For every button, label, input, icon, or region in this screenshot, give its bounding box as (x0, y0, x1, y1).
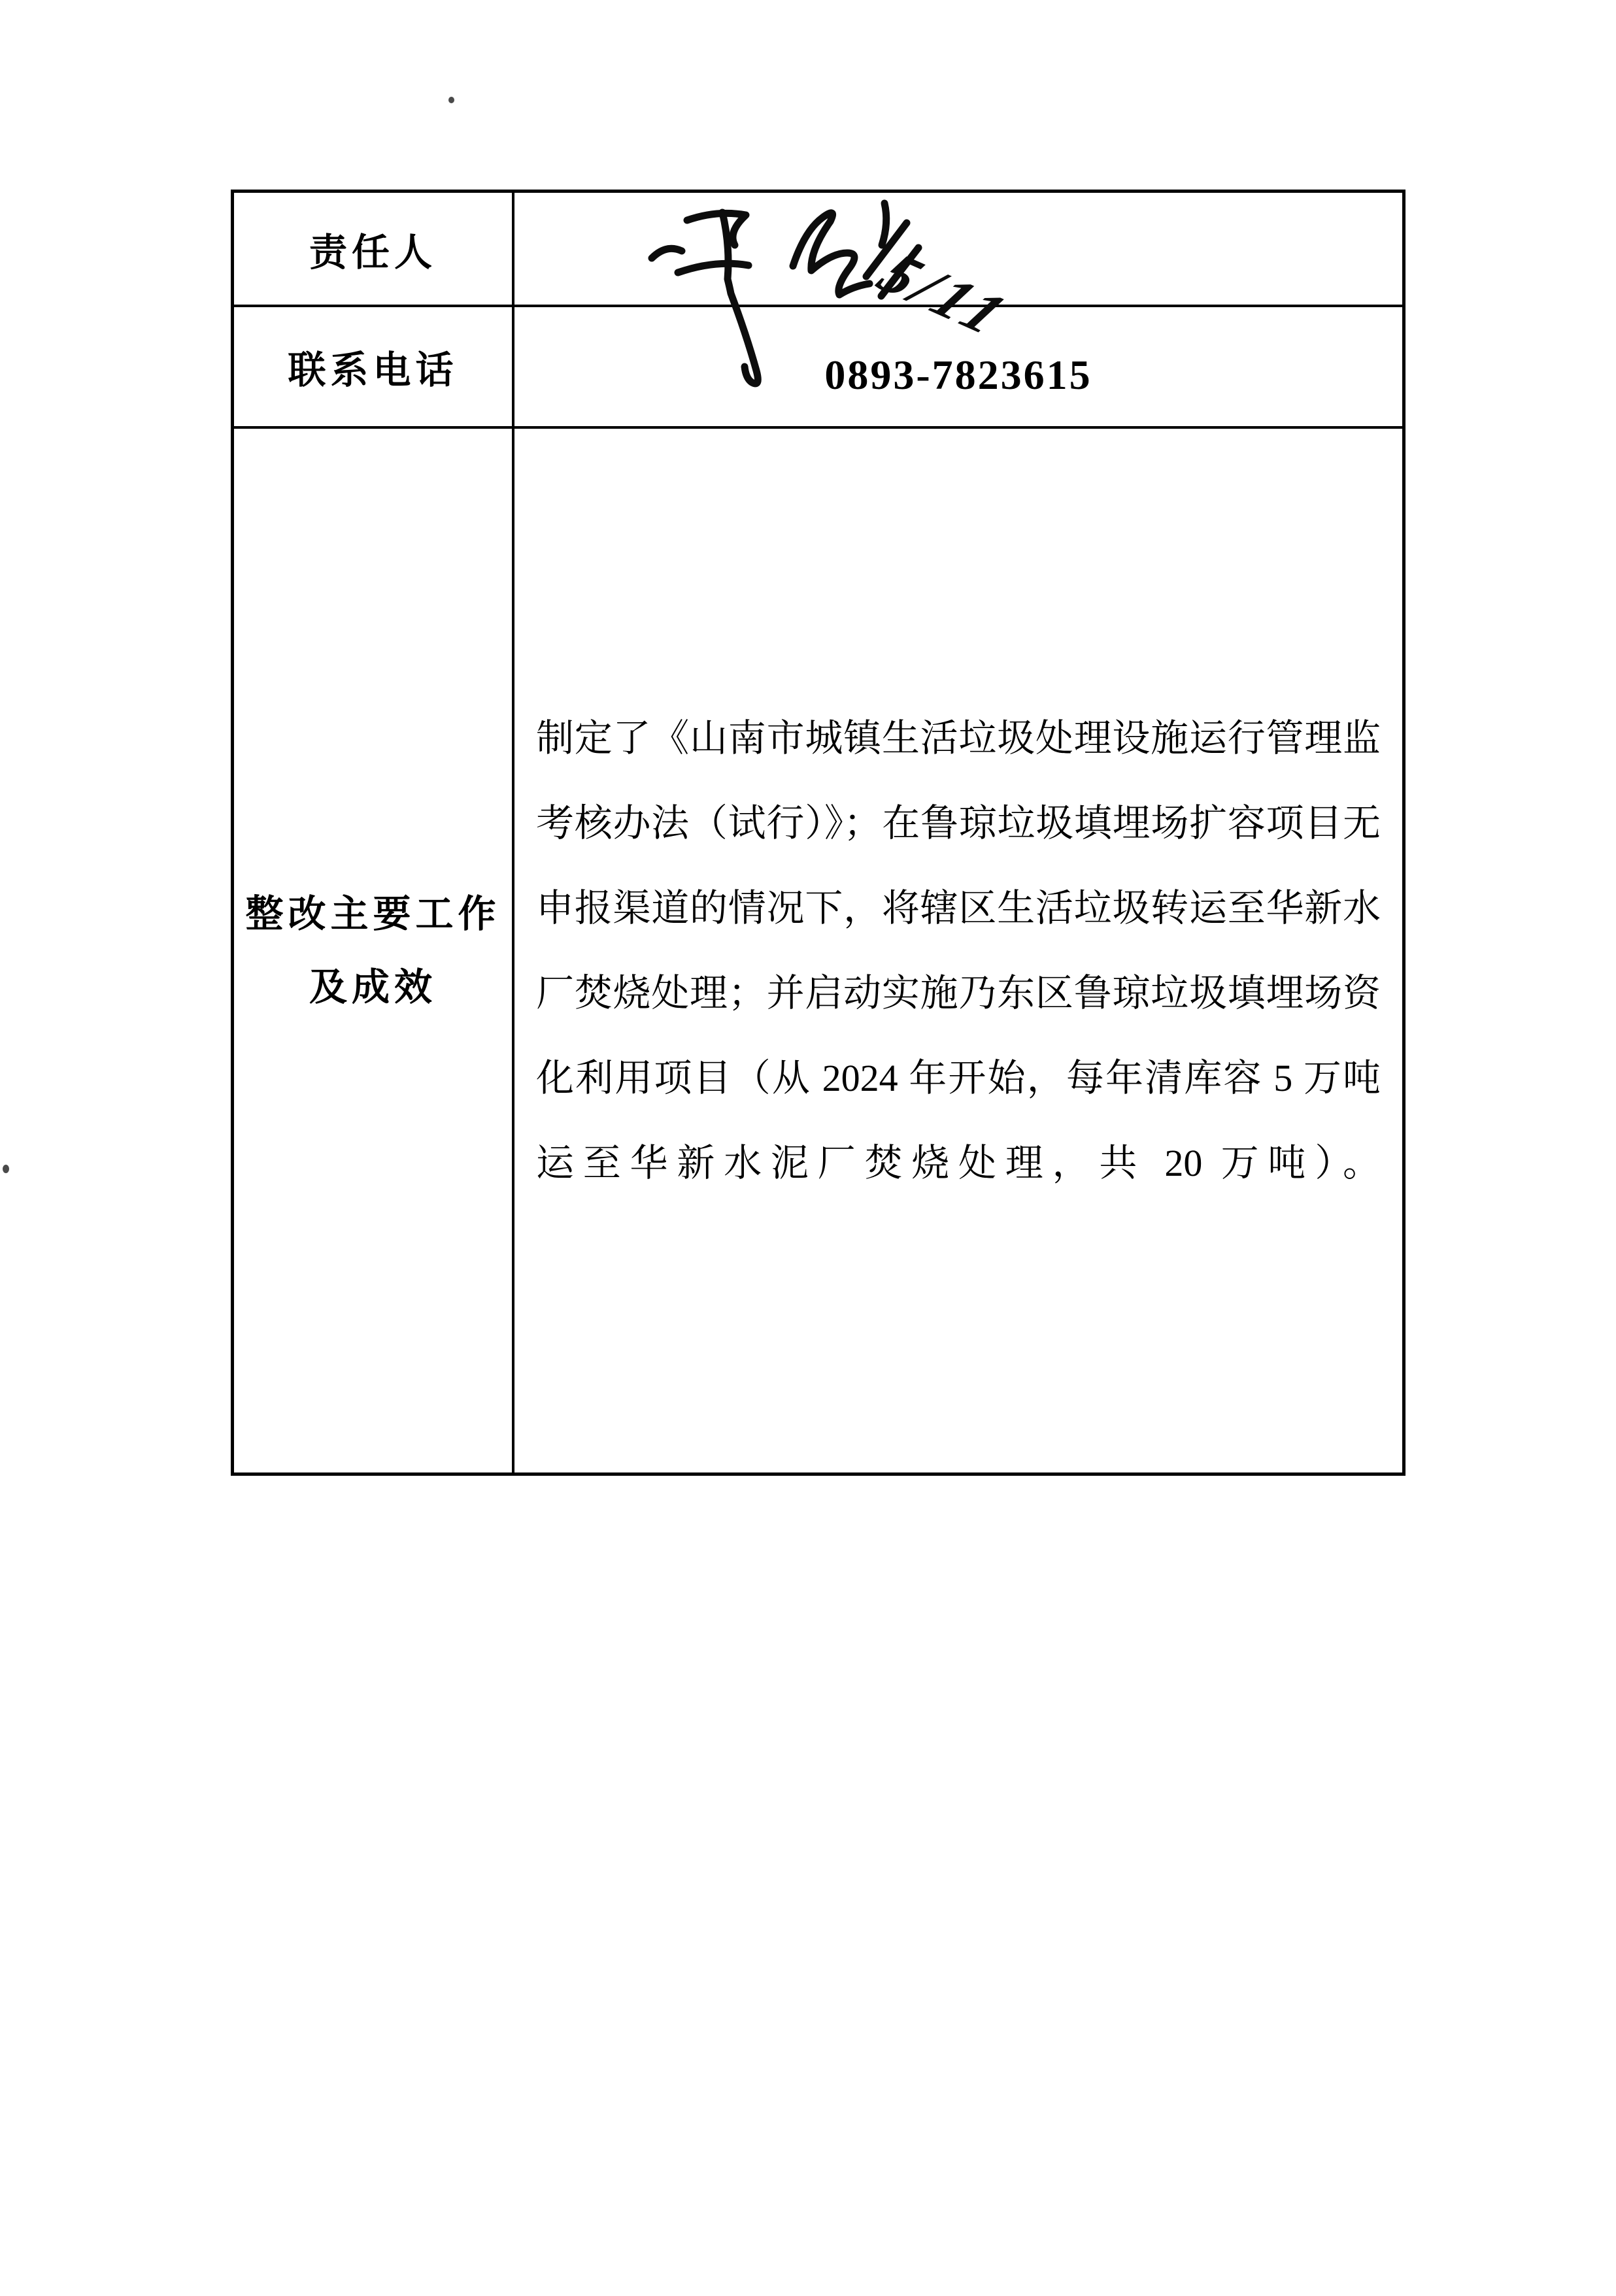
contact-phone-label: 联系电话 (288, 339, 458, 394)
rectification-work-label-line1: 整改主要工作 (245, 878, 500, 951)
scanned-document-page: 责任人 联系电话 0893-7823615 整改主要工作 及成效 制定了《山南市… (0, 0, 1616, 2296)
scan-speck (448, 97, 454, 103)
rectification-work-label-cell: 整改主要工作 及成效 (234, 429, 514, 1472)
content-line: 申报渠道的情况下，将辖区生活垃圾转运至华新水泥 (536, 866, 1381, 951)
content-line: 运至华新水泥厂焚烧处理，共 20 万吨）。 (536, 1121, 1381, 1206)
rectification-work-label-line2: 及成效 (245, 951, 500, 1024)
rectification-form-table: 责任人 联系电话 0893-7823615 整改主要工作 及成效 制定了《山南市… (231, 190, 1406, 1476)
responsible-person-label: 责任人 (309, 222, 437, 276)
content-line: 化利用项目（从 2024 年开始，每年清库容 5 万吨转 (536, 1036, 1381, 1121)
contact-phone-label-cell: 联系电话 (234, 307, 514, 429)
content-line: 考核办法（试行）》；在鲁琼垃圾填埋场扩容项目无 (536, 781, 1381, 866)
rectification-work-content-cell: 制定了《山南市城镇生活垃圾处理设施运行管理监督 考核办法（试行）》；在鲁琼垃圾填… (514, 429, 1402, 1472)
content-line: 制定了《山南市城镇生活垃圾处理设施运行管理监督 (536, 696, 1381, 781)
content-line: 厂焚烧处理；并启动实施乃东区鲁琼垃圾填埋场资源 (536, 951, 1381, 1036)
scan-speck (3, 1165, 9, 1173)
contact-phone-number: 0893-7823615 (824, 334, 1092, 399)
responsible-person-label-cell: 责任人 (234, 193, 514, 307)
rectification-work-label: 整改主要工作 及成效 (245, 878, 500, 1024)
